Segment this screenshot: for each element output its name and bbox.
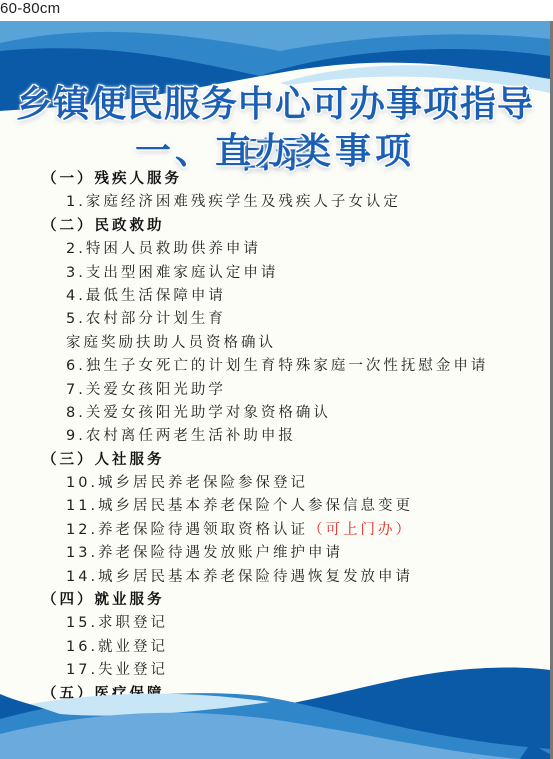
- bottom-wave-decoration: [0, 664, 550, 759]
- list-item: 13.养老保险待遇发放账户维护申请: [42, 542, 542, 565]
- list-item: 10.城乡居民养老保险参保登记: [42, 472, 542, 495]
- list-item: 1.家庭经济困难残疾学生及残疾人子女认定: [42, 191, 542, 214]
- door-service-note: （可上门办）: [308, 522, 413, 538]
- list-item: 2.特困人员救助供养申请: [42, 238, 542, 261]
- size-label: 60-80cm: [0, 0, 60, 20]
- page-subtitle: 一、直办类事项: [0, 123, 550, 174]
- list-item: 3.支出型困难家庭认定申请: [42, 262, 542, 285]
- list-item: 15.求职登记: [42, 612, 542, 635]
- section-heading: （三）人社服务: [42, 449, 542, 472]
- list-item: 12.养老保险待遇领取资格认证（可上门办）: [42, 519, 542, 542]
- section-heading: （一）残疾人服务: [42, 168, 542, 191]
- list-item: 8.关爱女孩阳光助学对象资格确认: [42, 402, 542, 425]
- list-item: 11.城乡居民基本养老保险个人参保信息变更: [42, 495, 542, 518]
- section-heading: （二）民政救助: [42, 215, 542, 238]
- service-list: （一）残疾人服务 1.家庭经济困难残疾学生及残疾人子女认定 （二）民政救助 2.…: [42, 168, 542, 729]
- poster: 乡镇便民服务中心可办事项指导目录 一、直办类事项 （一）残疾人服务 1.家庭经济…: [0, 21, 553, 759]
- list-item: 5.农村部分计划生育: [42, 308, 542, 331]
- list-item: 16.就业登记: [42, 636, 542, 659]
- list-item: 9.农村离任两老生活补助申报: [42, 425, 542, 448]
- section-heading: （四）就业服务: [42, 589, 542, 612]
- list-item-text: 12.养老保险待遇领取资格认证: [66, 522, 308, 538]
- list-item: 14.城乡居民基本养老保险待遇恢复发放申请: [42, 566, 542, 589]
- list-item: 4.最低生活保障申请: [42, 285, 542, 308]
- list-item: 6.独生子女死亡的计划生育特殊家庭一次性抚慰金申请: [42, 355, 542, 378]
- list-item-continuation: 家庭奖励扶助人员资格确认: [42, 332, 542, 355]
- list-item: 7.关爱女孩阳光助学: [42, 379, 542, 402]
